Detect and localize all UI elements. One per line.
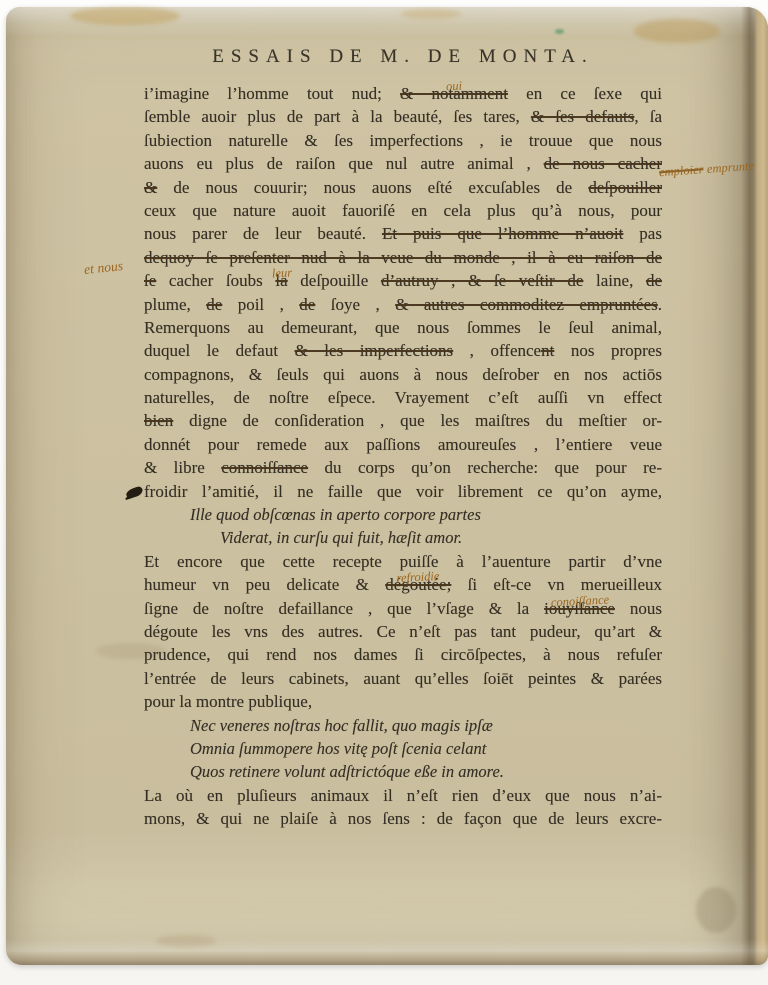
text-line: auons eu plus de raiſon que nul autre an… [144, 152, 662, 175]
text-segment: , offence [453, 341, 541, 360]
text-line: pour la montre publique, [144, 690, 662, 713]
handwritten-annotation: oui [446, 80, 463, 93]
text-line: Viderat, in curſu qui fuit, hæſit amor. [144, 526, 662, 549]
handwritten-annotation: emploier [658, 162, 703, 179]
running-header: ESSAIS DE M. DE MONTA. [144, 46, 662, 68]
strikethrough-segment: connoiſſance [221, 458, 308, 477]
text-segment: pas [623, 224, 662, 243]
text-segment: plume, [144, 295, 206, 314]
text-segment: Et encore que cette recepte puiſſe à l’a… [144, 552, 662, 571]
text-segment: ſemble auoir plus de part à la beauté, ſ… [144, 107, 531, 126]
text-line: nous parer de leur beauté. Et puis que l… [144, 222, 662, 245]
text-line: mons, & qui ne plaiſe à nos ſens : de fa… [144, 807, 662, 830]
text-segment: Quos retinere volunt adſtrictóque eße in… [190, 762, 504, 781]
text-segment: Nec veneres noſtras hoc fallit, quo magi… [190, 716, 493, 735]
text-segment: auons eu plus de raiſon que nul autre an… [144, 154, 544, 173]
paper-stain [70, 7, 180, 25]
text-segment: nous [615, 599, 662, 618]
text-segment: pour la montre publique, [144, 692, 312, 711]
text-segment: nous parer de leur beauté. [144, 224, 382, 243]
text-segment: digne de conſideration , que les maiſtre… [173, 411, 662, 430]
annotated-word: leurla [275, 271, 287, 290]
text-segment: duquel le defaut [144, 341, 295, 360]
strikethrough-segment: & les imperfections [295, 341, 454, 360]
page-bottom-edge [6, 939, 768, 965]
text-segment: Ille quod obſcœnas in aperto corpore par… [190, 505, 481, 524]
text-segment: donnét pour remede aux paſſions amoureuſ… [144, 435, 662, 454]
paper-stain [634, 19, 720, 43]
text-line: emploier emprunte& de nous couurir; nous… [144, 176, 662, 199]
text-line: La où en pluſieurs animaux il n’eſt rien… [144, 784, 662, 807]
annotated-word: conoiſſanceiouyſſance [544, 599, 615, 618]
text-line: Remerquons au demeurant, que nous ſommes… [144, 316, 662, 339]
text-segment: ſubiection naturelle & ſes imperfections… [144, 131, 662, 150]
text-line: plume, de poil , de ſoye , & autres comm… [144, 293, 662, 316]
strikethrough-segment: d’autruy , & ſe veſtir de [381, 271, 583, 290]
paper-stain [156, 935, 216, 947]
text-line: ſubiection naturelle & ſes imperfections… [144, 129, 662, 152]
strikethrough-segment: deſpouiller [588, 178, 662, 197]
text-line: ſemble auoir plus de part à la beauté, ſ… [144, 105, 662, 128]
page-right-edge [741, 7, 768, 965]
text-segment: naturelles, de noſtre eſpece. Vrayement … [144, 388, 662, 407]
text-line: Nec veneres noſtras hoc fallit, quo magi… [144, 714, 662, 737]
text-line: Quos retinere volunt adſtrictóque eße in… [144, 760, 662, 783]
text-line: bien digne de conſideration , que les ma… [144, 409, 662, 432]
text-segment: nos propres [554, 341, 662, 360]
paper-stain [401, 9, 461, 19]
paper-stain [696, 887, 736, 933]
text-segment: cacher ſoubs [156, 271, 275, 290]
text-line: dégoute les vns des autres. Ce n’eſt pas… [144, 620, 662, 643]
text-segment: poil , [222, 295, 299, 314]
strikethrough-segment: nt [541, 341, 554, 360]
text-segment: La où en pluſieurs animaux il n’eſt rien… [144, 786, 662, 805]
text-segment: Viderat, in curſu qui fuit, hæſit amor. [220, 528, 462, 547]
text-segment: compagnons, & ſeuls qui auons à nous deſ… [144, 365, 662, 384]
text-line: Et encore que cette recepte puiſſe à l’a… [144, 550, 662, 573]
text-segment: humeur vn peu delicate & [144, 575, 385, 594]
text-segment: Omnia ſummopere hos vitę poſt ſcenia cel… [190, 739, 486, 758]
paper-stain [555, 29, 564, 34]
text-segment: Remerquons au demeurant, que nous ſommes… [144, 318, 662, 337]
text-segment: du corps qu’on recherche: que pour re- [308, 458, 662, 477]
text-segment: de nous couurir; nous auons eſté excuſab… [157, 178, 588, 197]
text-segment: laine, [583, 271, 646, 290]
text-segment: i’imagine l’homme tout nud; [144, 84, 400, 103]
handwritten-annotation: conoiſſance [550, 593, 609, 609]
text-line: l’entrée de leurs cabinets, auant qu’ell… [144, 667, 662, 690]
handwritten-annotation: refroidie [397, 570, 440, 585]
strikethrough-segment: de [646, 271, 662, 290]
handwritten-annotation: emprunte [703, 158, 755, 176]
text-line: prudence, qui rend nos dames ſi circōſpe… [144, 643, 662, 666]
text-segment: ſoye , [315, 295, 395, 314]
text-line: donnét pour remede aux paſſions amoureuſ… [144, 433, 662, 456]
text-line: i’imagine l’homme tout nud; oui& notamme… [144, 82, 662, 105]
strikethrough-segment: & [144, 178, 157, 197]
strikethrough-segment: & ſes defauts [531, 107, 634, 126]
strikethrough-segment: ſe [144, 271, 156, 290]
text-line: ceux que nature auoit fauoriſé en cela p… [144, 199, 662, 222]
strikethrough-segment: de nous cacher [544, 154, 662, 173]
text-segment: mons, & qui ne plaiſe à nos ſens : de fa… [144, 809, 662, 828]
strikethrough-segment: dequoy ſe preſenter nud à la veue du mon… [144, 248, 662, 267]
book-page-scan: ESSAIS DE M. DE MONTA. i’imagine l’homme… [0, 0, 768, 985]
text-segment: ceux que nature auoit fauoriſé en cela p… [144, 201, 662, 220]
text-segment: & libre [144, 458, 221, 477]
body-text: i’imagine l’homme tout nud; oui& notamme… [144, 82, 662, 831]
text-line: naturelles, de noſtre eſpece. Vrayement … [144, 386, 662, 409]
text-line: Ille quod obſcœnas in aperto corpore par… [144, 503, 662, 526]
handwritten-annotation: leur [271, 267, 292, 281]
text-segment: ſigne de noſtre defaillance , que l’vſag… [144, 599, 544, 618]
strikethrough-segment: de [206, 295, 222, 314]
text-segment: . [658, 295, 662, 314]
text-line: et nousſe cacher ſoubs leurla deſpouille… [144, 269, 662, 292]
text-segment: ſi eſt-ce vn merueilleux [451, 575, 662, 594]
text-segment: prudence, qui rend nos dames ſi circōſpe… [144, 645, 662, 664]
text-segment: deſpouille [288, 271, 381, 290]
text-line: dequoy ſe preſenter nud à la veue du mon… [144, 246, 662, 269]
text-area: ESSAIS DE M. DE MONTA. i’imagine l’homme… [144, 46, 662, 831]
text-segment: , ſa [634, 107, 662, 126]
text-line: compagnons, & ſeuls qui auons à nous deſ… [144, 363, 662, 386]
text-line: & libre connoiſſance du corps qu’on rech… [144, 456, 662, 479]
text-line: ſigne de noſtre defaillance , que l’vſag… [144, 597, 662, 620]
annotated-word: refroidiedégoutée; [385, 575, 451, 594]
text-segment: en ce ſexe qui [508, 84, 662, 103]
annotated-word: oui& notamment [400, 84, 508, 103]
text-segment: l’entrée de leurs cabinets, auant qu’ell… [144, 669, 662, 688]
strikethrough-segment: Et puis que l’homme n’auoit [382, 224, 623, 243]
text-segment: dégoute les vns des autres. Ce n’eſt pas… [144, 622, 662, 641]
text-line: froidir l’amitié, il ne faille que voir … [144, 480, 662, 503]
strikethrough-segment: de [299, 295, 315, 314]
strikethrough-segment: & autres commoditez empruntées [395, 295, 658, 314]
strikethrough-segment: bien [144, 411, 173, 430]
text-line: duquel le defaut & les imperfections , o… [144, 339, 662, 362]
text-segment: froidir l’amitié, il ne faille que voir … [144, 482, 662, 501]
text-line: Omnia ſummopere hos vitę poſt ſcenia cel… [144, 737, 662, 760]
